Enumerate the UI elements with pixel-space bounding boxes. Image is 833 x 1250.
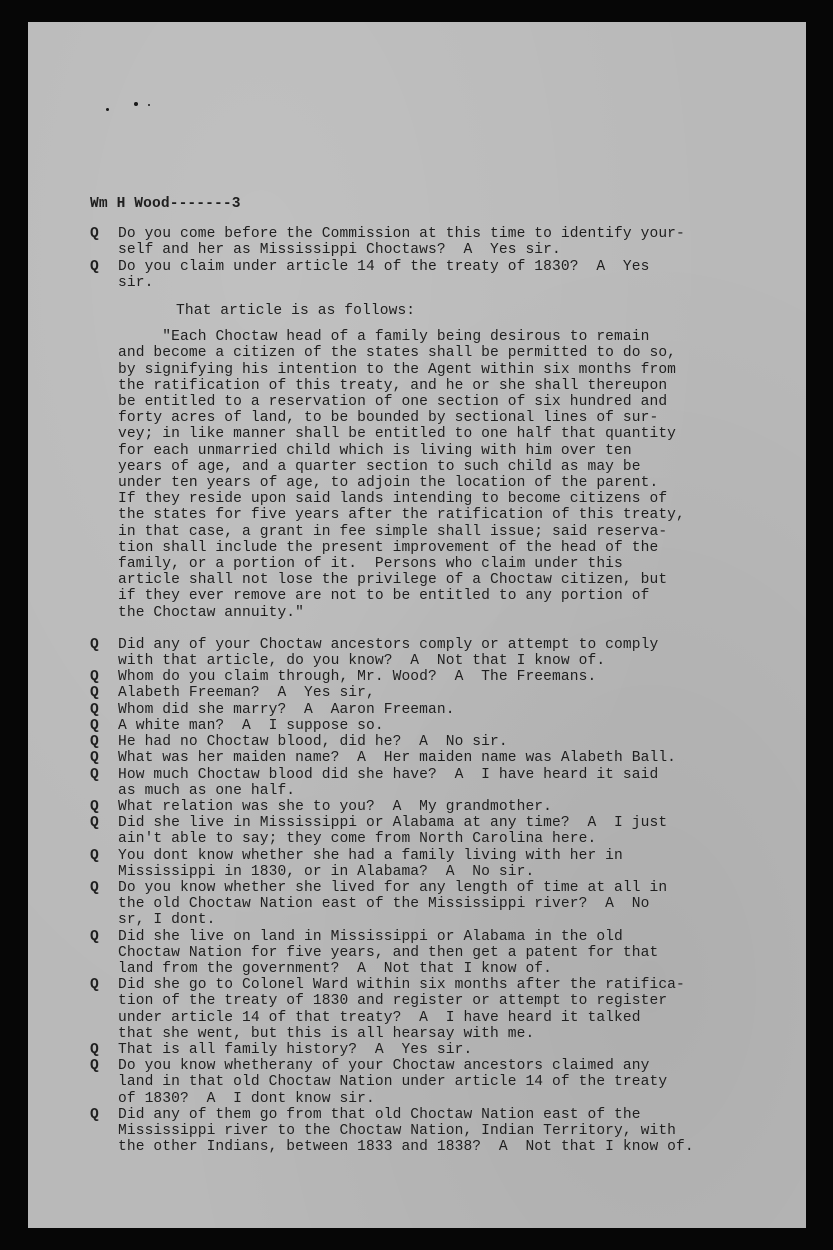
- question-answer: QWhat was her maiden name? A Her maiden …: [90, 750, 770, 766]
- question-marker: Q: [90, 767, 118, 799]
- question-marker: Q: [90, 977, 118, 1042]
- question-answer-text: Whom do you claim through, Mr. Wood? A T…: [118, 669, 770, 685]
- question-marker: Q: [90, 226, 118, 258]
- question-marker: Q: [90, 685, 118, 701]
- question-answer: QYou dont know whether she had a family …: [90, 848, 770, 880]
- quote-line: years of age, and a quarter section to s…: [118, 459, 770, 475]
- question-answer: QA white man? A I suppose so.: [90, 718, 770, 734]
- question-answer-text: Whom did she marry? A Aaron Freeman.: [118, 702, 770, 718]
- quote-line: in that case, a grant in fee simple shal…: [118, 524, 770, 540]
- question-marker: Q: [90, 1042, 118, 1058]
- question-marker: Q: [90, 848, 118, 880]
- question-answer: QDo you know whetherany of your Choctaw …: [90, 1058, 770, 1107]
- question-answer-text: Alabeth Freeman? A Yes sir,: [118, 685, 770, 701]
- ink-speck: [106, 108, 109, 111]
- question-answer: QDo you know whether she lived for any l…: [90, 880, 770, 929]
- question-answer: QDid she live in Mississippi or Alabama …: [90, 815, 770, 847]
- question-marker: Q: [90, 669, 118, 685]
- question-answer-text: Do you know whether she lived for any le…: [118, 880, 770, 929]
- question-answer: QDo you claim under article 14 of the tr…: [90, 259, 770, 291]
- question-answer-text: A white man? A I suppose so.: [118, 718, 770, 734]
- question-answer-text: Do you come before the Commission at thi…: [118, 226, 770, 258]
- question-answer-text: Did any of them go from that old Choctaw…: [118, 1107, 770, 1156]
- question-answer-text: How much Choctaw blood did she have? A I…: [118, 767, 770, 799]
- question-marker: Q: [90, 1058, 118, 1107]
- question-answer-text: Did any of your Choctaw ancestors comply…: [118, 637, 770, 669]
- question-marker: Q: [90, 702, 118, 718]
- question-answer: QDid any of them go from that old Chocta…: [90, 1107, 770, 1156]
- quote-line: by signifying his intention to the Agent…: [118, 362, 770, 378]
- question-marker: Q: [90, 718, 118, 734]
- quote-line: family, or a portion of it. Persons who …: [118, 556, 770, 572]
- article-intro: That article is as follows:: [176, 303, 770, 319]
- question-marker: Q: [90, 799, 118, 815]
- question-marker: Q: [90, 815, 118, 847]
- question-answer-text: Did she go to Colonel Ward within six mo…: [118, 977, 770, 1042]
- question-answer-text: He had no Choctaw blood, did he? A No si…: [118, 734, 770, 750]
- quote-line: article shall not lose the privilege of …: [118, 572, 770, 588]
- quote-line: forty acres of land, to be bounded by se…: [118, 410, 770, 426]
- quote-line: be entitled to a reservation of one sect…: [118, 394, 770, 410]
- question-answer-text: Do you claim under article 14 of the tre…: [118, 259, 770, 291]
- question-answer: QDo you come before the Commission at th…: [90, 226, 770, 258]
- question-marker: Q: [90, 734, 118, 750]
- question-answer-text: You dont know whether she had a family l…: [118, 848, 770, 880]
- quote-line: vey; in like manner shall be entitled to…: [118, 426, 770, 442]
- question-answer: QDid she live on land in Mississippi or …: [90, 929, 770, 978]
- quote-line: tion shall include the present improveme…: [118, 540, 770, 556]
- qa-block-before: QDo you come before the Commission at th…: [90, 226, 770, 291]
- question-marker: Q: [90, 750, 118, 766]
- question-marker: Q: [90, 637, 118, 669]
- treaty-article-quote: "Each Choctaw head of a family being des…: [118, 329, 770, 621]
- question-answer-text: That is all family history? A Yes sir.: [118, 1042, 770, 1058]
- quote-line: and become a citizen of the states shall…: [118, 345, 770, 361]
- question-answer-text: Do you know whetherany of your Choctaw a…: [118, 1058, 770, 1107]
- quote-line: the states for five years after the rati…: [118, 507, 770, 523]
- page-header: Wm H Wood-------3: [90, 196, 770, 212]
- question-answer-text: What was her maiden name? A Her maiden n…: [118, 750, 770, 766]
- question-marker: Q: [90, 259, 118, 291]
- question-answer: QWhom do you claim through, Mr. Wood? A …: [90, 669, 770, 685]
- ink-speck: [134, 102, 138, 106]
- qa-block-after: QDid any of your Choctaw ancestors compl…: [90, 637, 770, 1156]
- question-answer: QHow much Choctaw blood did she have? A …: [90, 767, 770, 799]
- quote-line: "Each Choctaw head of a family being des…: [118, 329, 770, 345]
- question-answer: QAlabeth Freeman? A Yes sir,: [90, 685, 770, 701]
- scanned-document: Wm H Wood-------3 QDo you come before th…: [0, 0, 833, 1250]
- question-answer: QThat is all family history? A Yes sir.: [90, 1042, 770, 1058]
- question-answer-text: Did she live in Mississippi or Alabama a…: [118, 815, 770, 847]
- question-marker: Q: [90, 880, 118, 929]
- transcript-text: Wm H Wood-------3 QDo you come before th…: [90, 196, 770, 1155]
- question-answer-text: What relation was she to you? A My grand…: [118, 799, 770, 815]
- quote-line: the Choctaw annuity.": [118, 605, 770, 621]
- quote-line: under ten years of age, to adjoin the lo…: [118, 475, 770, 491]
- question-answer: QWhom did she marry? A Aaron Freeman.: [90, 702, 770, 718]
- question-answer: QWhat relation was she to you? A My gran…: [90, 799, 770, 815]
- question-answer: QDid she go to Colonel Ward within six m…: [90, 977, 770, 1042]
- quote-line: if they ever remove are not to be entitl…: [118, 588, 770, 604]
- question-marker: Q: [90, 929, 118, 978]
- question-answer-text: Did she live on land in Mississippi or A…: [118, 929, 770, 978]
- quote-line: for each unmarried child which is living…: [118, 443, 770, 459]
- question-answer: QDid any of your Choctaw ancestors compl…: [90, 637, 770, 669]
- quote-line: If they reside upon said lands intending…: [118, 491, 770, 507]
- ink-speck: [148, 104, 150, 106]
- question-marker: Q: [90, 1107, 118, 1156]
- question-answer: QHe had no Choctaw blood, did he? A No s…: [90, 734, 770, 750]
- quote-line: the ratification of this treaty, and he …: [118, 378, 770, 394]
